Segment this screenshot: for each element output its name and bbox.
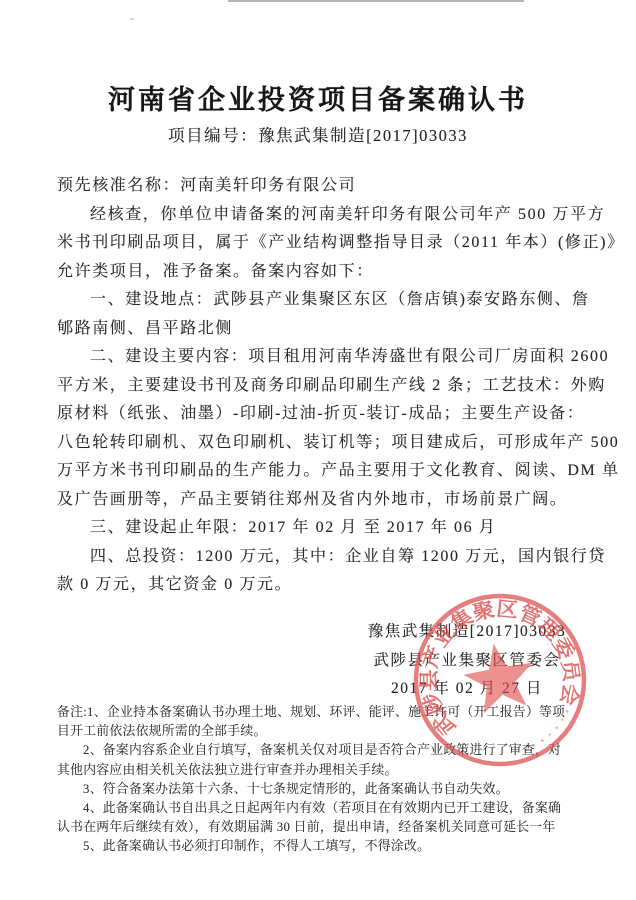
note-line: 其他内容应由相关机关依法独立进行审查并办理相关手续。 bbox=[57, 761, 587, 780]
note-line: 3、符合备案办法第十六条、十七条规定情形的，此备案确认书自动失效。 bbox=[57, 780, 587, 799]
note-line: 目开工前依法依规所需的全部手续。 bbox=[57, 722, 587, 741]
document-title: 河南省企业投资项目备案确认书 bbox=[0, 78, 636, 117]
body-line: 原材料（纸张、油墨）-印刷-过油-折页-装订-成品；主要生产设备： bbox=[57, 400, 582, 429]
document-body: 预先核准名称：河南美轩印务有限公司 经核查，你单位申请备案的河南美轩印务有限公司… bbox=[57, 172, 582, 600]
note-line: 2、备案内容系企业自行填写，备案机关仅对项目是否符合产业政策进行了审查，对 bbox=[57, 741, 587, 760]
body-line: 万平方米书刊印刷品的生产能力。产品主要用于文化教育、阅读、DM 单 bbox=[57, 457, 582, 486]
body-line: 款 0 万元，其它资金 0 万元。 bbox=[57, 571, 582, 600]
body-line: 二、建设主要内容：项目租用河南华涛盛世有限公司厂房面积 2600 bbox=[57, 343, 582, 372]
body-line: 郇路南侧、昌平路北侧 bbox=[57, 315, 582, 344]
body-line: 预先核准名称：河南美轩印务有限公司 bbox=[57, 172, 582, 201]
signature-project-number: 豫焦武集制造[2017]03033 bbox=[352, 618, 582, 647]
body-line: 八色轮转印刷机、双色印刷机、装订机等；项目建成后，可形成年产 500 bbox=[57, 429, 582, 458]
signature-block: 豫焦武集制造[2017]03033 武陟县产业集聚区管委会 2017 年 02 … bbox=[352, 618, 582, 704]
body-line: 米书刊印刷品项目，属于《产业结构调整指导目录（2011 年本）(修正)》 bbox=[57, 229, 582, 258]
body-line: 及广告画册等，产品主要销往郑州及省内外地市，市场前景广阔。 bbox=[57, 486, 582, 515]
body-line: 三、建设起止年限：2017 年 02 月 至 2017 年 06 月 bbox=[57, 514, 582, 543]
body-line: 四、总投资：1200 万元，其中：企业自筹 1200 万元，国内银行贷 bbox=[57, 543, 582, 572]
project-number-line: 项目编号：豫焦武集制造[2017]03033 bbox=[0, 122, 636, 146]
document-page: 河南省企业投资项目备案确认书 项目编号：豫焦武集制造[2017]03033 预先… bbox=[0, 0, 636, 900]
body-line: 一、建设地点：武陟县产业集聚区东区（詹店镇)泰安路东侧、詹 bbox=[57, 286, 582, 315]
scan-artifact-line bbox=[228, 0, 524, 2]
note-line: 认书在两年后继续有效），有效期届满 30 日前，提出申请，经备案机关同意可延长一… bbox=[57, 818, 587, 837]
note-line: 备注:1、企业持本备案确认书办理土地、规划、环评、能评、施工许可（开工报告）等项 bbox=[57, 703, 587, 722]
signature-date: 2017 年 02 月 27 日 bbox=[352, 675, 582, 704]
notes-section: 备注:1、企业持本备案确认书办理土地、规划、环评、能评、施工许可（开工报告）等项… bbox=[57, 703, 587, 857]
note-line: 5、此备案确认书必须打印制作，不得人工填写，不得涂改。 bbox=[57, 837, 587, 856]
body-line: 允许类项目，准予备案。备案内容如下： bbox=[57, 258, 582, 287]
scan-artifact-speck bbox=[130, 18, 134, 20]
signature-authority: 武陟县产业集聚区管委会 bbox=[352, 647, 582, 676]
body-line: 平方米，主要建设书刊及商务印刷品印刷生产线 2 条；工艺技术：外购 bbox=[57, 372, 582, 401]
body-line: 经核查，你单位申请备案的河南美轩印务有限公司年产 500 万平方 bbox=[57, 201, 582, 230]
note-line: 4、此备案确认书自出具之日起两年内有效（若项目在有效期内已开工建设，备案确 bbox=[57, 799, 587, 818]
